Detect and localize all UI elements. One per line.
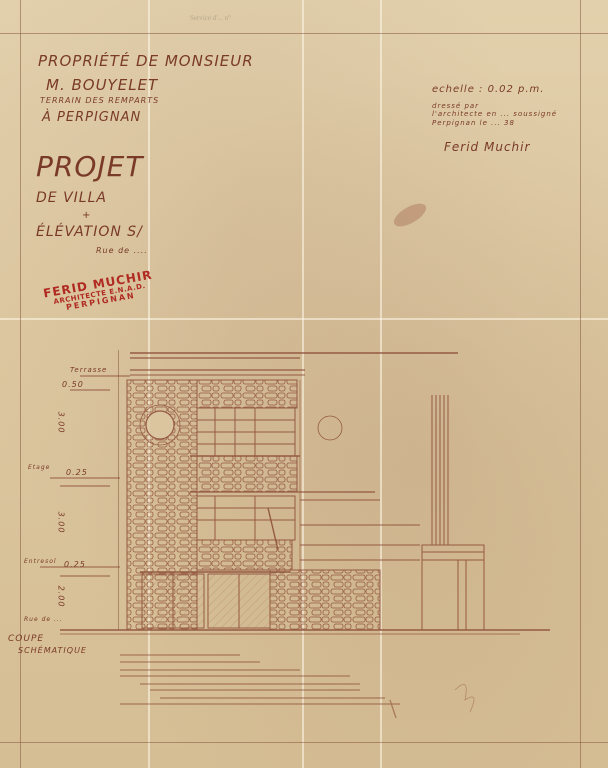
- drawing-sheet: Service d'... n° Propriété de Monsieur M…: [0, 0, 608, 768]
- elevation-drawing: [0, 0, 608, 768]
